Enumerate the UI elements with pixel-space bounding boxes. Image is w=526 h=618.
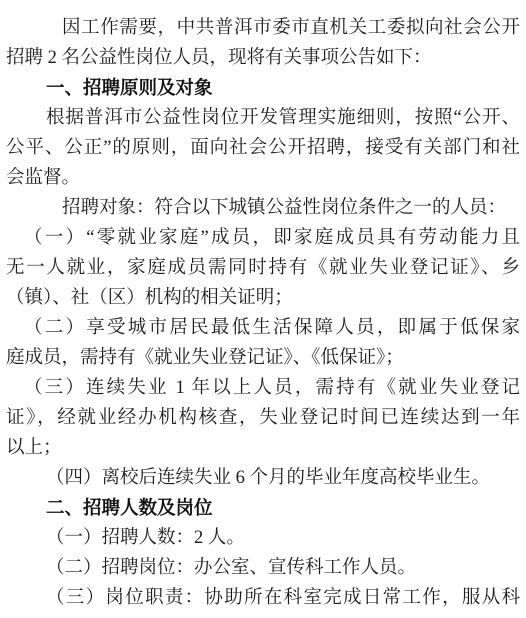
text-line: （镇）、社（区）机构的相关证明； (6, 283, 520, 313)
section-heading: 一、招聘原则及对象 (6, 73, 520, 103)
text-line: 招聘对象：符合以下城镇公益性岗位条件之一的人员： (6, 193, 520, 223)
section-heading: 二、招聘人数及岗位 (6, 493, 520, 523)
text-line: 以上； (6, 433, 520, 463)
document-page: 因工作需要，中共普洱市委市直机关工委拟向社会公开招聘 2 名公益性岗位人员，现将… (0, 0, 526, 618)
text-line: （二）享受城市居民最低生活保障人员，即属于低保家 (6, 313, 520, 343)
text-line: 庭成员，需持有《就业失业登记证》、《低保证》； (6, 343, 520, 373)
text-line: 因工作需要，中共普洱市委市直机关工委拟向社会公开 (6, 13, 520, 43)
text-line: 证》，经就业经办机构核查，失业登记时间已连续达到一年 (6, 403, 520, 433)
text-line: 会监督。 (6, 163, 520, 193)
text-line: （三）连续失业 1 年以上人员，需持有《就业失业登记 (6, 373, 520, 403)
text-line: 根据普洱市公益性岗位开发管理实施细则，按照“公开、 (6, 103, 520, 133)
text-line: 公平、公正”的原则，面向社会公开招聘，接受有关部门和社 (6, 133, 520, 163)
text-line: （一）招聘人数：2 人。 (6, 523, 520, 553)
text-line: 招聘 2 名公益性岗位人员，现将有关事项公告如下： (6, 43, 520, 73)
document-body: 因工作需要，中共普洱市委市直机关工委拟向社会公开招聘 2 名公益性岗位人员，现将… (6, 13, 520, 613)
text-line: （三）岗位职责：协助所在科室完成日常工作，服从科 (6, 583, 520, 613)
text-line: （二）招聘岗位：办公室、宣传科工作人员。 (6, 553, 520, 583)
text-line: （一）“零就业家庭”成员，即家庭成员具有劳动能力且 (6, 223, 520, 253)
text-line: （四）离校后连续失业 6 个月的毕业年度高校毕业生。 (6, 463, 520, 493)
text-line: 无一人就业，家庭成员需同时持有《就业失业登记证》、乡 (6, 253, 520, 283)
